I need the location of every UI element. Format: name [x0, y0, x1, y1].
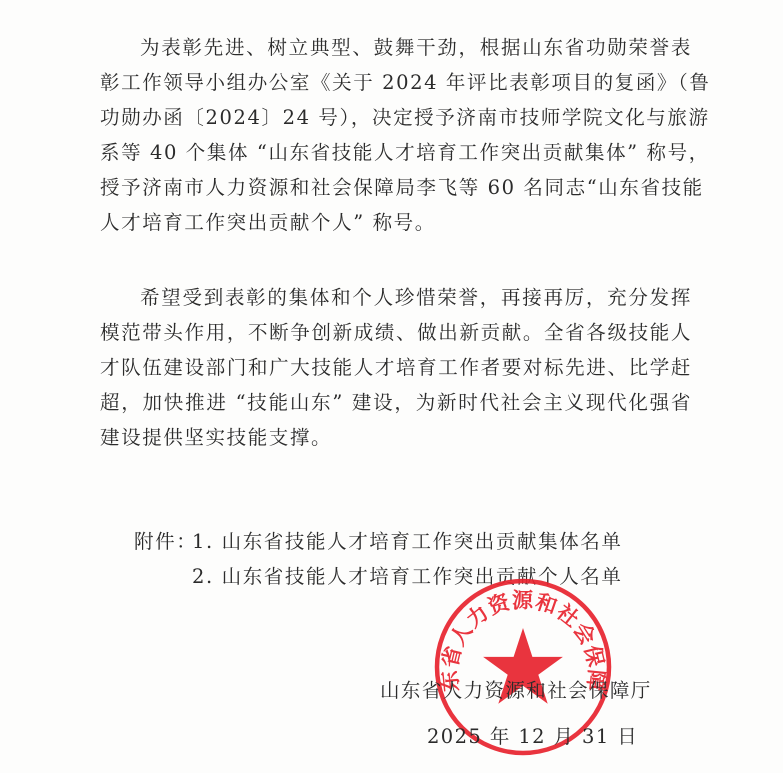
- paragraph-2-line-1: 希望受到表彰的集体和个人珍惜荣誉，再接再厉，充分发挥: [140, 286, 692, 310]
- paragraph-1-line-6: 人才培育工作突出贡献个人” 称号。: [100, 211, 692, 235]
- paragraph-2-line-4: 超，加快推进 “技能山东” 建设，为新时代社会主义现代化强省: [100, 391, 692, 415]
- signing-date: 2025 年 12 月 31 日: [427, 725, 638, 749]
- attachment-item-2: 2. 山东省技能人才培育工作突出贡献个人名单: [192, 565, 623, 589]
- attachment-item-1: 1. 山东省技能人才培育工作突出贡献集体名单: [192, 530, 623, 554]
- paragraph-2-line-3: 才队伍建设部门和广大技能人才培育工作者要对标先进、比学赶: [100, 356, 692, 380]
- paragraph-1-line-1: 为表彰先进、树立典型、鼓舞干劲，根据山东省功勋荣誉表: [140, 36, 692, 60]
- paragraph-2-line-2: 模范带头作用，不断争创新成绩、做出新贡献。全省各级技能人: [100, 321, 692, 345]
- paragraph-1-line-2: 彰工作领导小组办公室《关于 2024 年评比表彰项目的复函》（鲁: [100, 71, 692, 95]
- paragraph-1-line-5: 授予济南市人力资源和社会保障局李飞等 60 名同志“山东省技能: [100, 176, 692, 200]
- paragraph-1-line-4: 系等 40 个集体 “山东省技能人才培育工作突出贡献集体” 称号，: [100, 141, 692, 165]
- attachments-label: 附件：: [134, 530, 197, 554]
- document-page: 为表彰先进、树立典型、鼓舞干劲，根据山东省功勋荣誉表 彰工作领导小组办公室《关于…: [0, 0, 783, 773]
- signing-organization: 山东省人力资源和社会保障厅: [380, 679, 652, 703]
- paragraph-1-line-3: 功勋办函〔2024〕24 号），决定授予济南市技师学院文化与旅游: [100, 106, 692, 130]
- seal-text: 山东省人力资源和社会保障厅: [432, 576, 609, 693]
- paragraph-2-line-5: 建设提供坚实技能支撑。: [100, 426, 692, 450]
